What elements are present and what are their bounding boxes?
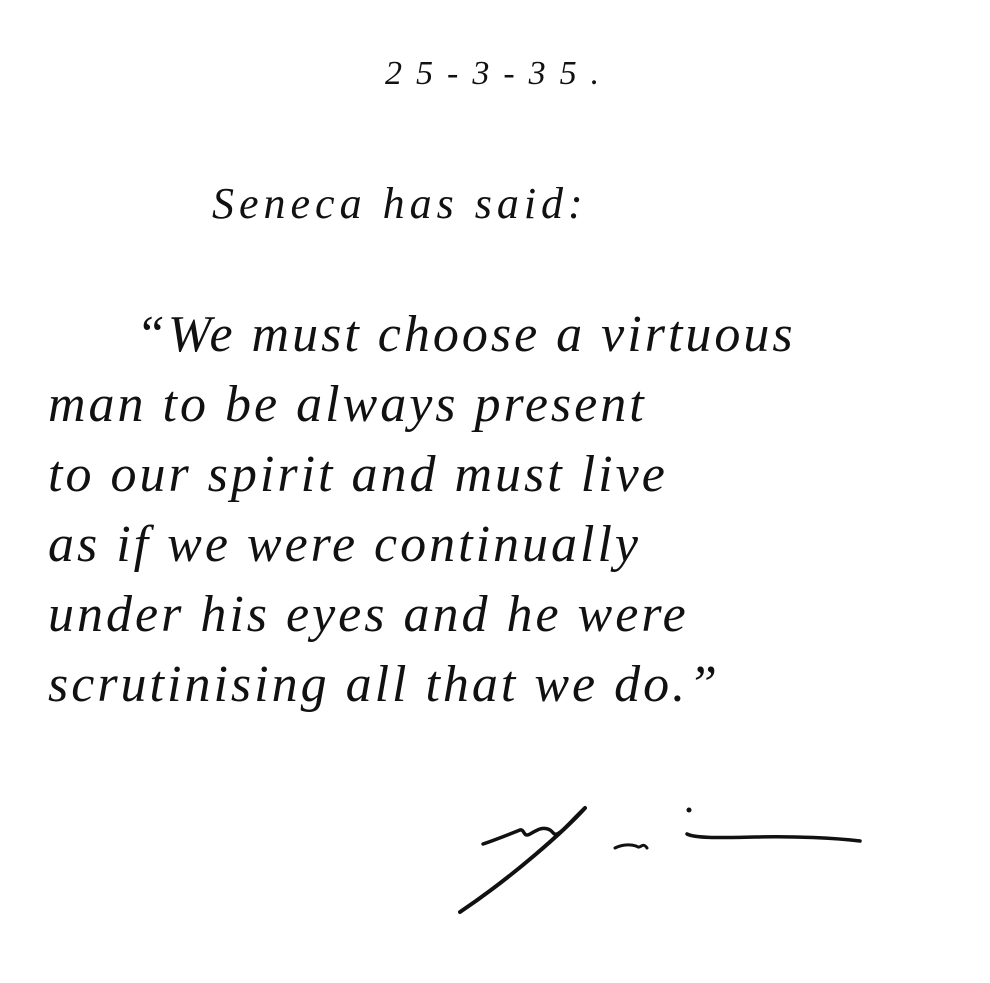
quote-block: “We must choose a virtuous man to be alw…	[48, 300, 978, 720]
quote-line: under his eyes and he were	[48, 580, 978, 650]
quote-line: to our spirit and must live	[48, 440, 978, 510]
quote-line: as if we were continually	[48, 510, 978, 580]
quote-line: man to be always present	[48, 370, 978, 440]
signature-icon	[455, 800, 875, 920]
note-date: 25-3-35.	[385, 55, 613, 93]
quote-line: scrutinising all that we do.”	[48, 650, 978, 720]
note-heading: Seneca has said:	[212, 178, 588, 229]
quote-line: “We must choose a virtuous	[48, 300, 978, 370]
